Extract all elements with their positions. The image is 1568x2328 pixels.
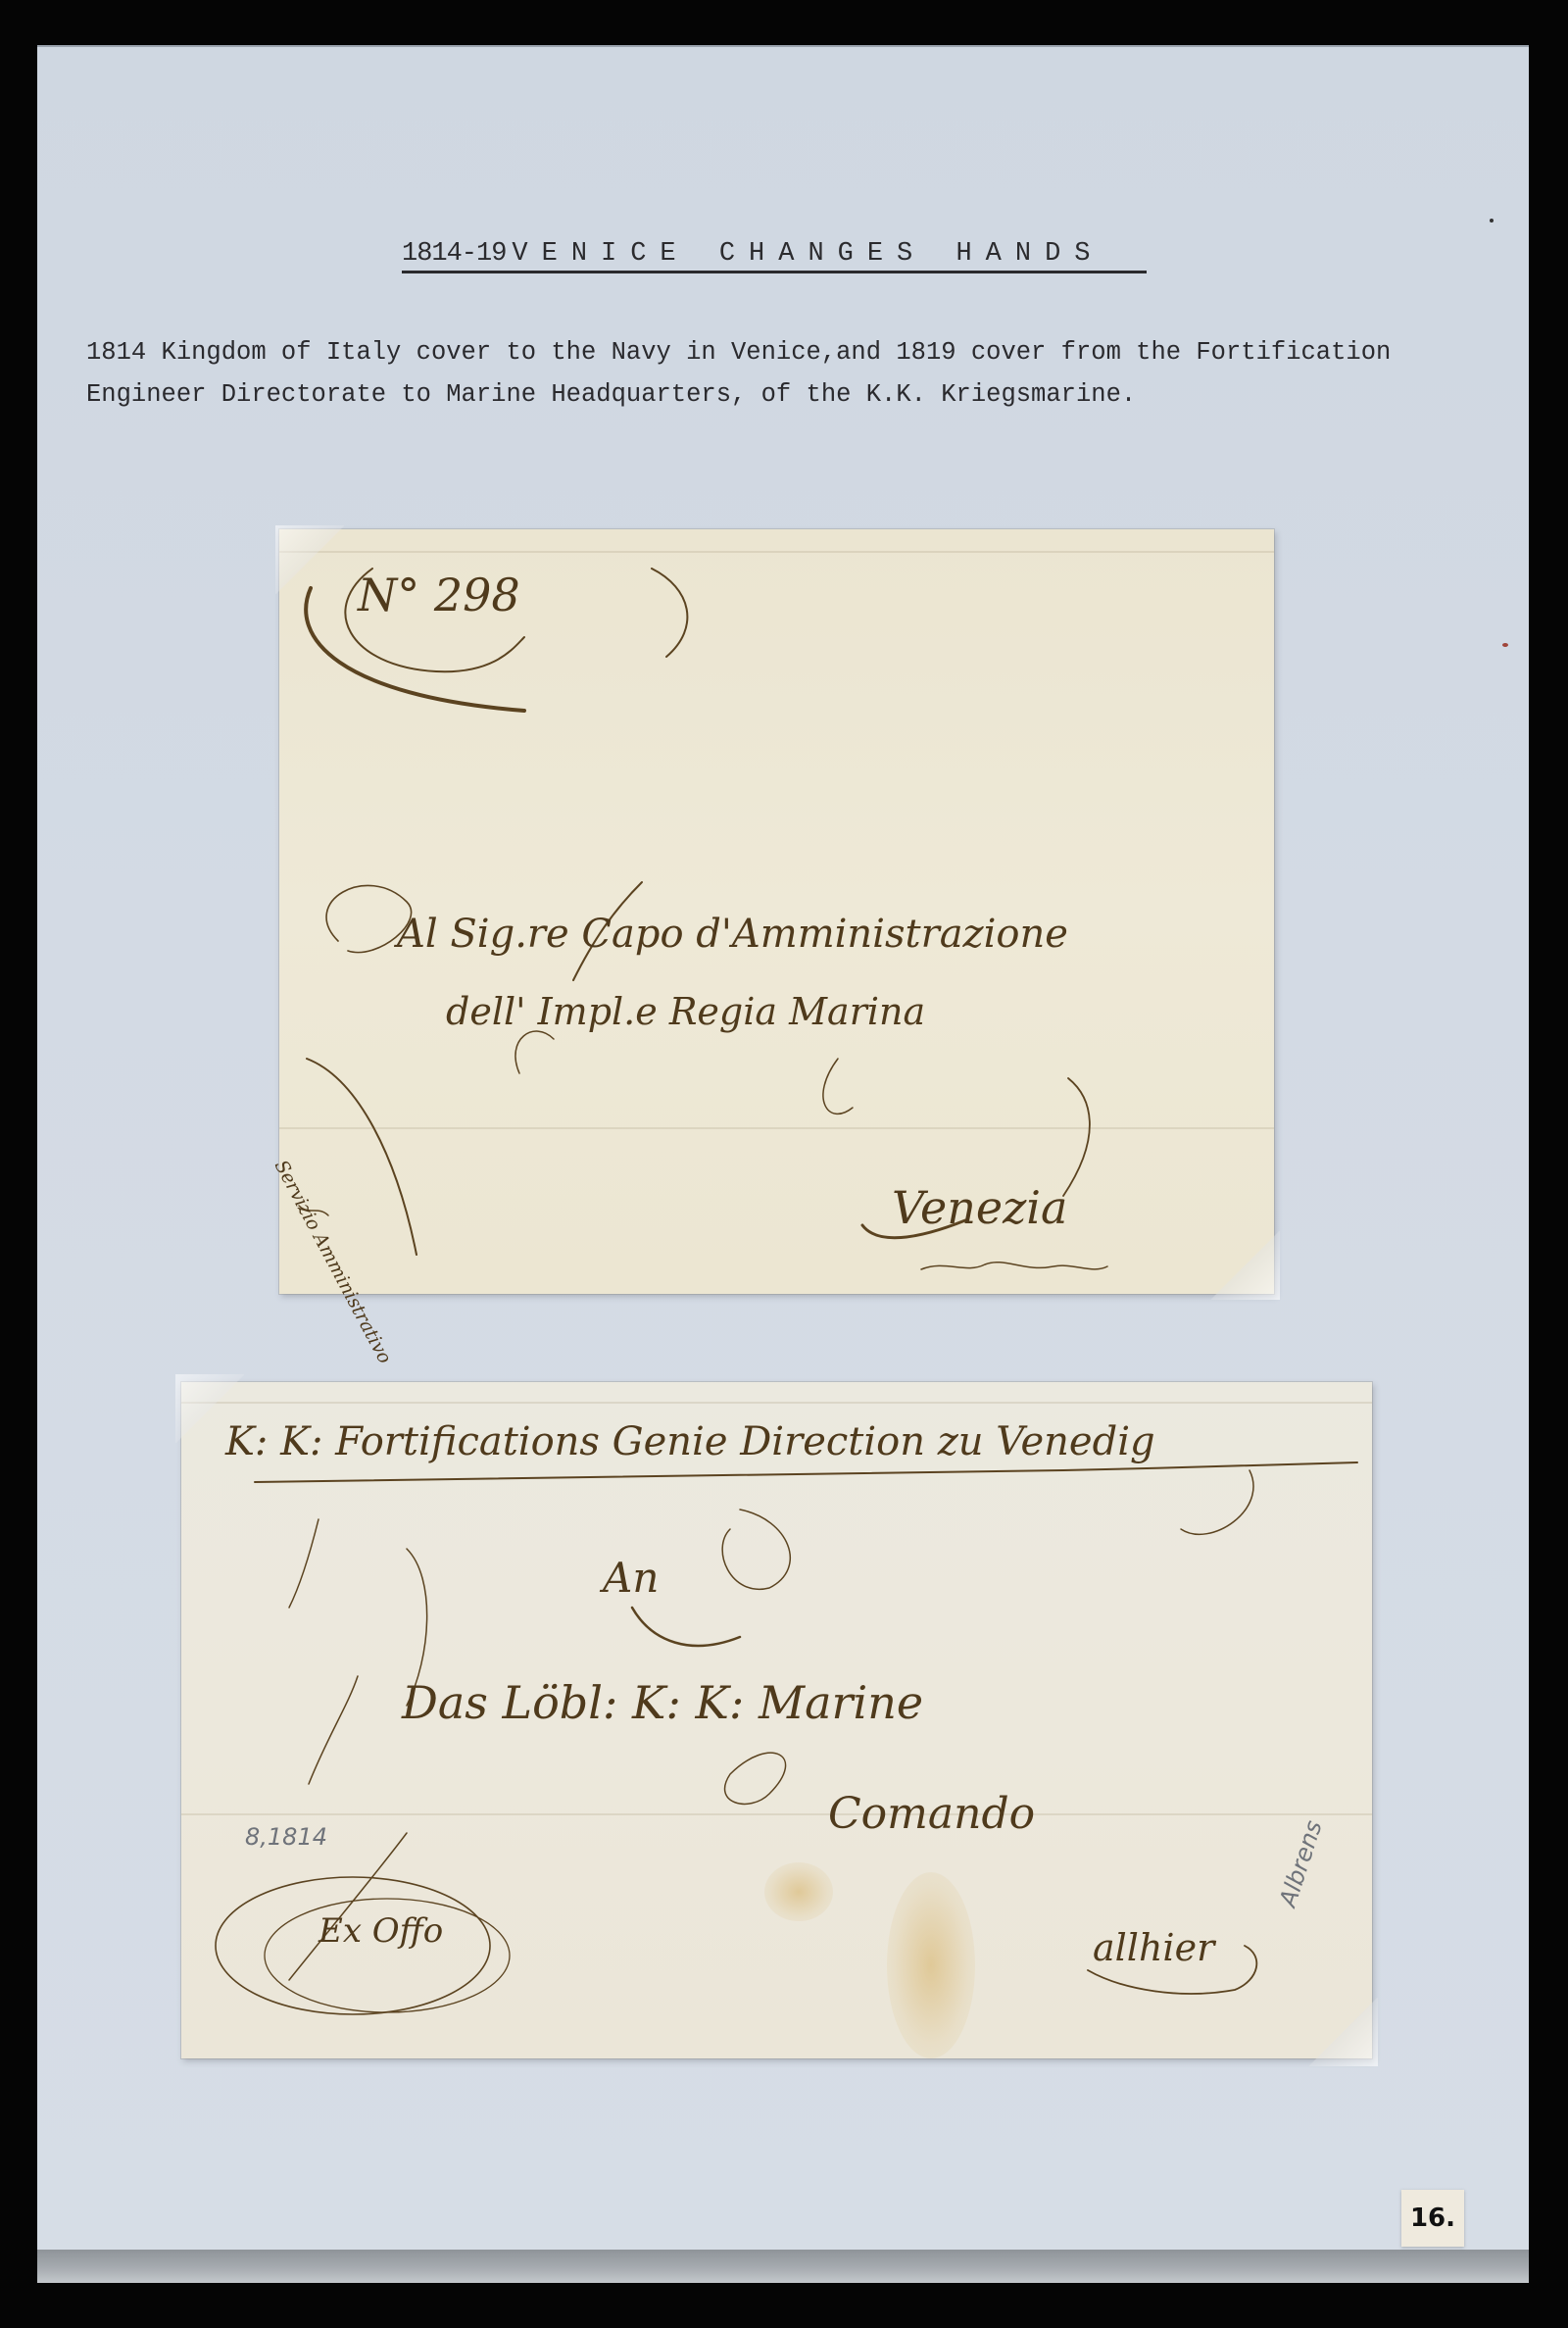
- description-line-2: Engineer Directorate to Marine Headquart…: [86, 373, 1478, 416]
- page-title: 1814-19VENICE CHANGES HANDS: [402, 239, 1147, 273]
- cover-1819-sender-line: K: K: Fortifications Genie Direction zu …: [225, 1419, 1155, 1464]
- cover-1814-address-line-1: Al Sig.re Capo d'Amministrazione: [397, 912, 1068, 957]
- cover-1814-address-line-2: dell' Impl.e Regia Marina: [446, 990, 925, 1033]
- cover-1819: K: K: Fortifications Genie Direction zu …: [181, 1382, 1372, 2058]
- cover-1819-pencil-note-left: 8,1814: [245, 1823, 327, 1851]
- page-title-text: VENICE CHANGES HANDS: [512, 239, 1103, 269]
- cover-1819-address-prefix: An: [603, 1554, 659, 1602]
- cover-1814: N° 298 Al Sig.re Capo d'Amministrazione …: [279, 529, 1274, 1294]
- description-line-1: 1814 Kingdom of Italy cover to the Navy …: [86, 331, 1478, 373]
- page-title-years: 1814-19: [402, 239, 506, 269]
- speck: [1490, 219, 1494, 223]
- page-number-label: 16.: [1401, 2190, 1464, 2247]
- album-page-bottom-edge: [37, 2250, 1529, 2283]
- cover-1819-lower-right-annotation: allhier: [1093, 1926, 1214, 1969]
- cover-1819-address-line-2: Comando: [828, 1789, 1035, 1839]
- cover-1814-docket-number: N° 298: [358, 569, 520, 621]
- cover-1814-destination: Venezia: [892, 1181, 1067, 1234]
- speck: [1502, 643, 1508, 647]
- page-description: 1814 Kingdom of Italy cover to the Navy …: [86, 331, 1478, 416]
- cover-1819-address-line-1: Das Löbl: K: K: Marine: [402, 1676, 923, 1729]
- cover-1819-lower-left-annotation: Ex Offo: [318, 1911, 443, 1951]
